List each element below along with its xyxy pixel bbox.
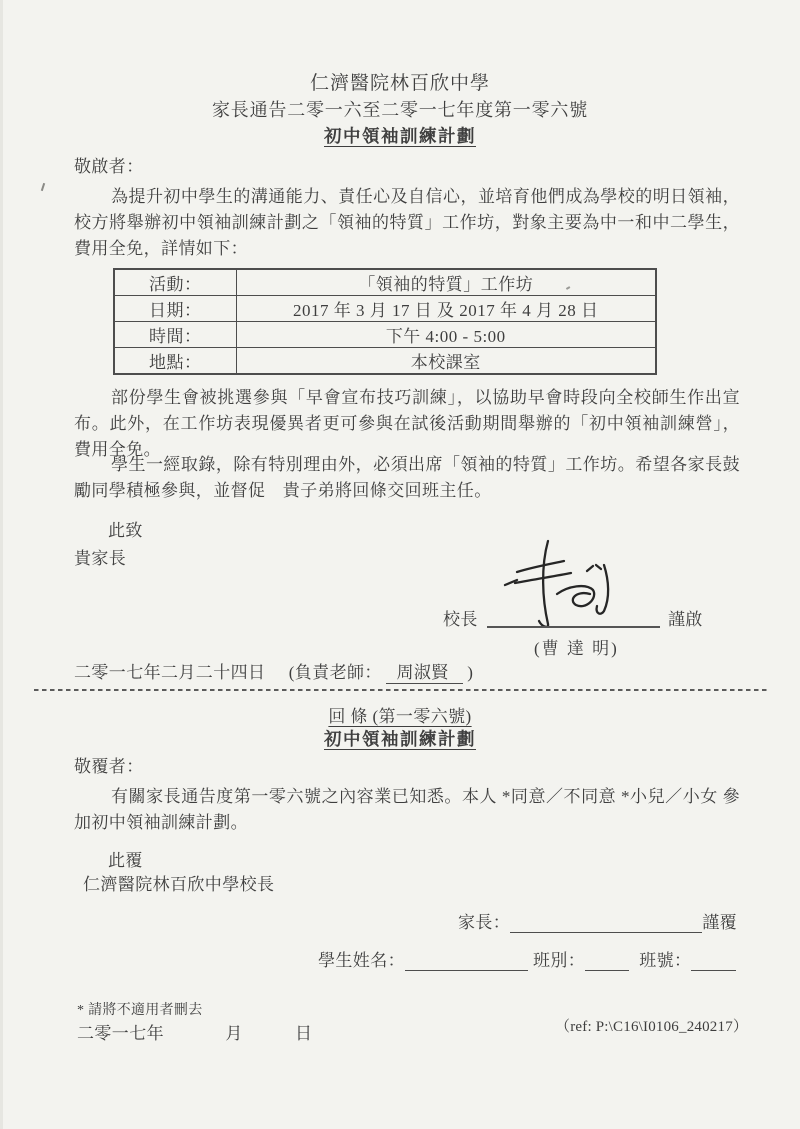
- row-label-time: 時間：: [114, 322, 236, 348]
- parent-label: 家長：: [458, 913, 510, 932]
- teacher-name: 周淑賢: [386, 663, 462, 684]
- reply-date-line: 二零一七年 月 日: [77, 1019, 312, 1044]
- parent-suffix: 謹覆: [702, 913, 737, 932]
- scan-mark: [41, 183, 45, 191]
- cut-line: [34, 689, 768, 691]
- principal-name: (曹 達 明): [534, 634, 619, 659]
- row-label-venue: 地點：: [114, 348, 236, 375]
- reply-closing: 此覆: [108, 846, 143, 871]
- reply-slip-subtitle: 初中領袖訓練計劃: [0, 726, 800, 751]
- delete-inapplicable-footnote: * 請將不適用者刪去: [77, 999, 203, 1019]
- reply-salutation: 敬覆者：: [74, 752, 144, 777]
- reply-month-label: 月: [225, 1024, 242, 1043]
- principal-label: 校長: [443, 605, 478, 630]
- closing-phrase: 此致: [108, 516, 143, 541]
- reply-day-label: 日: [295, 1024, 312, 1043]
- table-row: 活動： 「領袖的特質」工作坊: [114, 269, 656, 296]
- notice-number-line: 家長通告二零一六至二零一七年度第一零六號: [0, 96, 800, 122]
- table-row: 時間： 下午 4:00 - 5:00: [114, 322, 656, 348]
- salutation: 敬啟者：: [74, 152, 144, 177]
- parent-signature-blank: [510, 914, 702, 933]
- reply-addressee: 仁濟醫院林百欣中學校長: [83, 870, 274, 895]
- student-name-label: 學生姓名：: [318, 951, 405, 970]
- class-label: 班別：: [533, 951, 585, 970]
- row-label-activity: 活動：: [114, 269, 236, 296]
- class-no-label: 班號：: [639, 951, 691, 970]
- signature-line: [487, 626, 660, 628]
- reply-body: 有關家長通告度第一零六號之內容業已知悉。本人 *同意／不同意 *小兒／小女 參加…: [74, 784, 740, 836]
- document-title-text: 初中領袖訓練計劃: [324, 126, 476, 146]
- row-value-time: 下午 4:00 - 5:00: [236, 322, 656, 348]
- teacher-prefix: (負責老師：: [289, 663, 382, 682]
- row-value-date: 2017 年 3 月 17 日 及 2017 年 4 月 28 日: [236, 296, 656, 322]
- paragraph-attendance: 學生一經取錄，除有特別理由外，必須出席「領袖的特質」工作坊。希望各家長鼓勵同學積…: [74, 452, 740, 504]
- paragraph-intro: 為提升初中學生的溝通能力、責任心及自信心，並培育他們成為學校的明日領袖，校方將舉…: [74, 184, 740, 262]
- row-label-date: 日期：: [114, 296, 236, 322]
- teacher-close-paren: ): [467, 663, 473, 682]
- table-row: 日期： 2017 年 3 月 17 日 及 2017 年 4 月 28 日: [114, 296, 656, 322]
- activity-details-table: 活動： 「領袖的特質」工作坊 日期： 2017 年 3 月 17 日 及 201…: [113, 268, 657, 375]
- reply-year-label: 二零一七年: [77, 1024, 164, 1043]
- document-title: 初中領袖訓練計劃: [0, 123, 800, 148]
- issue-date: 二零一七年二月二十四日: [74, 663, 265, 682]
- student-info-line: 學生姓名：班別：班號：: [318, 946, 736, 971]
- reply-slip-subtitle-text: 初中領袖訓練計劃: [324, 729, 476, 749]
- row-value-venue: 本校課室: [236, 348, 656, 375]
- reference-number: （ref: P:\C16\I0106_240217）: [555, 1015, 748, 1036]
- scan-page-edge: [0, 0, 3, 1129]
- reply-slip-title-text: 回 條 (第一零六號): [328, 707, 471, 726]
- parent-sign-line: 家長：謹覆: [458, 908, 737, 933]
- class-no-blank: [691, 952, 736, 971]
- closing-addressee: 貴家長: [74, 544, 126, 569]
- date-teacher-line: 二零一七年二月二十四日 (負責老師： 周淑賢 ): [74, 658, 473, 683]
- table-row: 地點： 本校課室: [114, 348, 656, 375]
- principal-suffix: 謹啟: [668, 605, 703, 630]
- school-name: 仁濟醫院林百欣中學: [0, 68, 800, 95]
- student-name-blank: [405, 952, 528, 971]
- class-blank: [585, 952, 629, 971]
- row-value-activity: 「領袖的特質」工作坊: [236, 269, 656, 296]
- reply-slip-title: 回 條 (第一零六號): [0, 702, 800, 727]
- principal-signature: [498, 536, 618, 632]
